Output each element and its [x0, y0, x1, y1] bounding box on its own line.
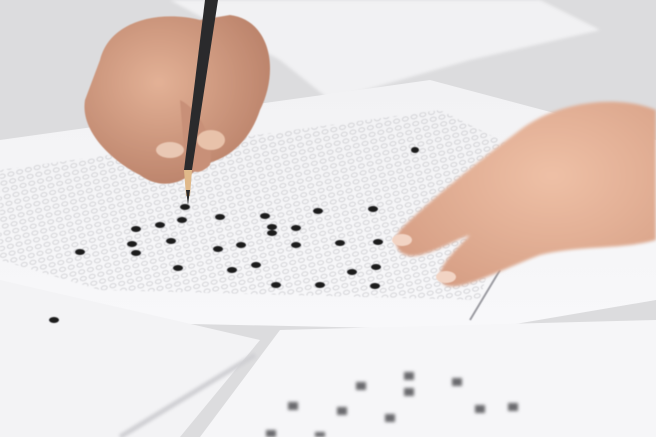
photo-scene: [0, 0, 656, 437]
scene-illustration: [0, 0, 656, 437]
